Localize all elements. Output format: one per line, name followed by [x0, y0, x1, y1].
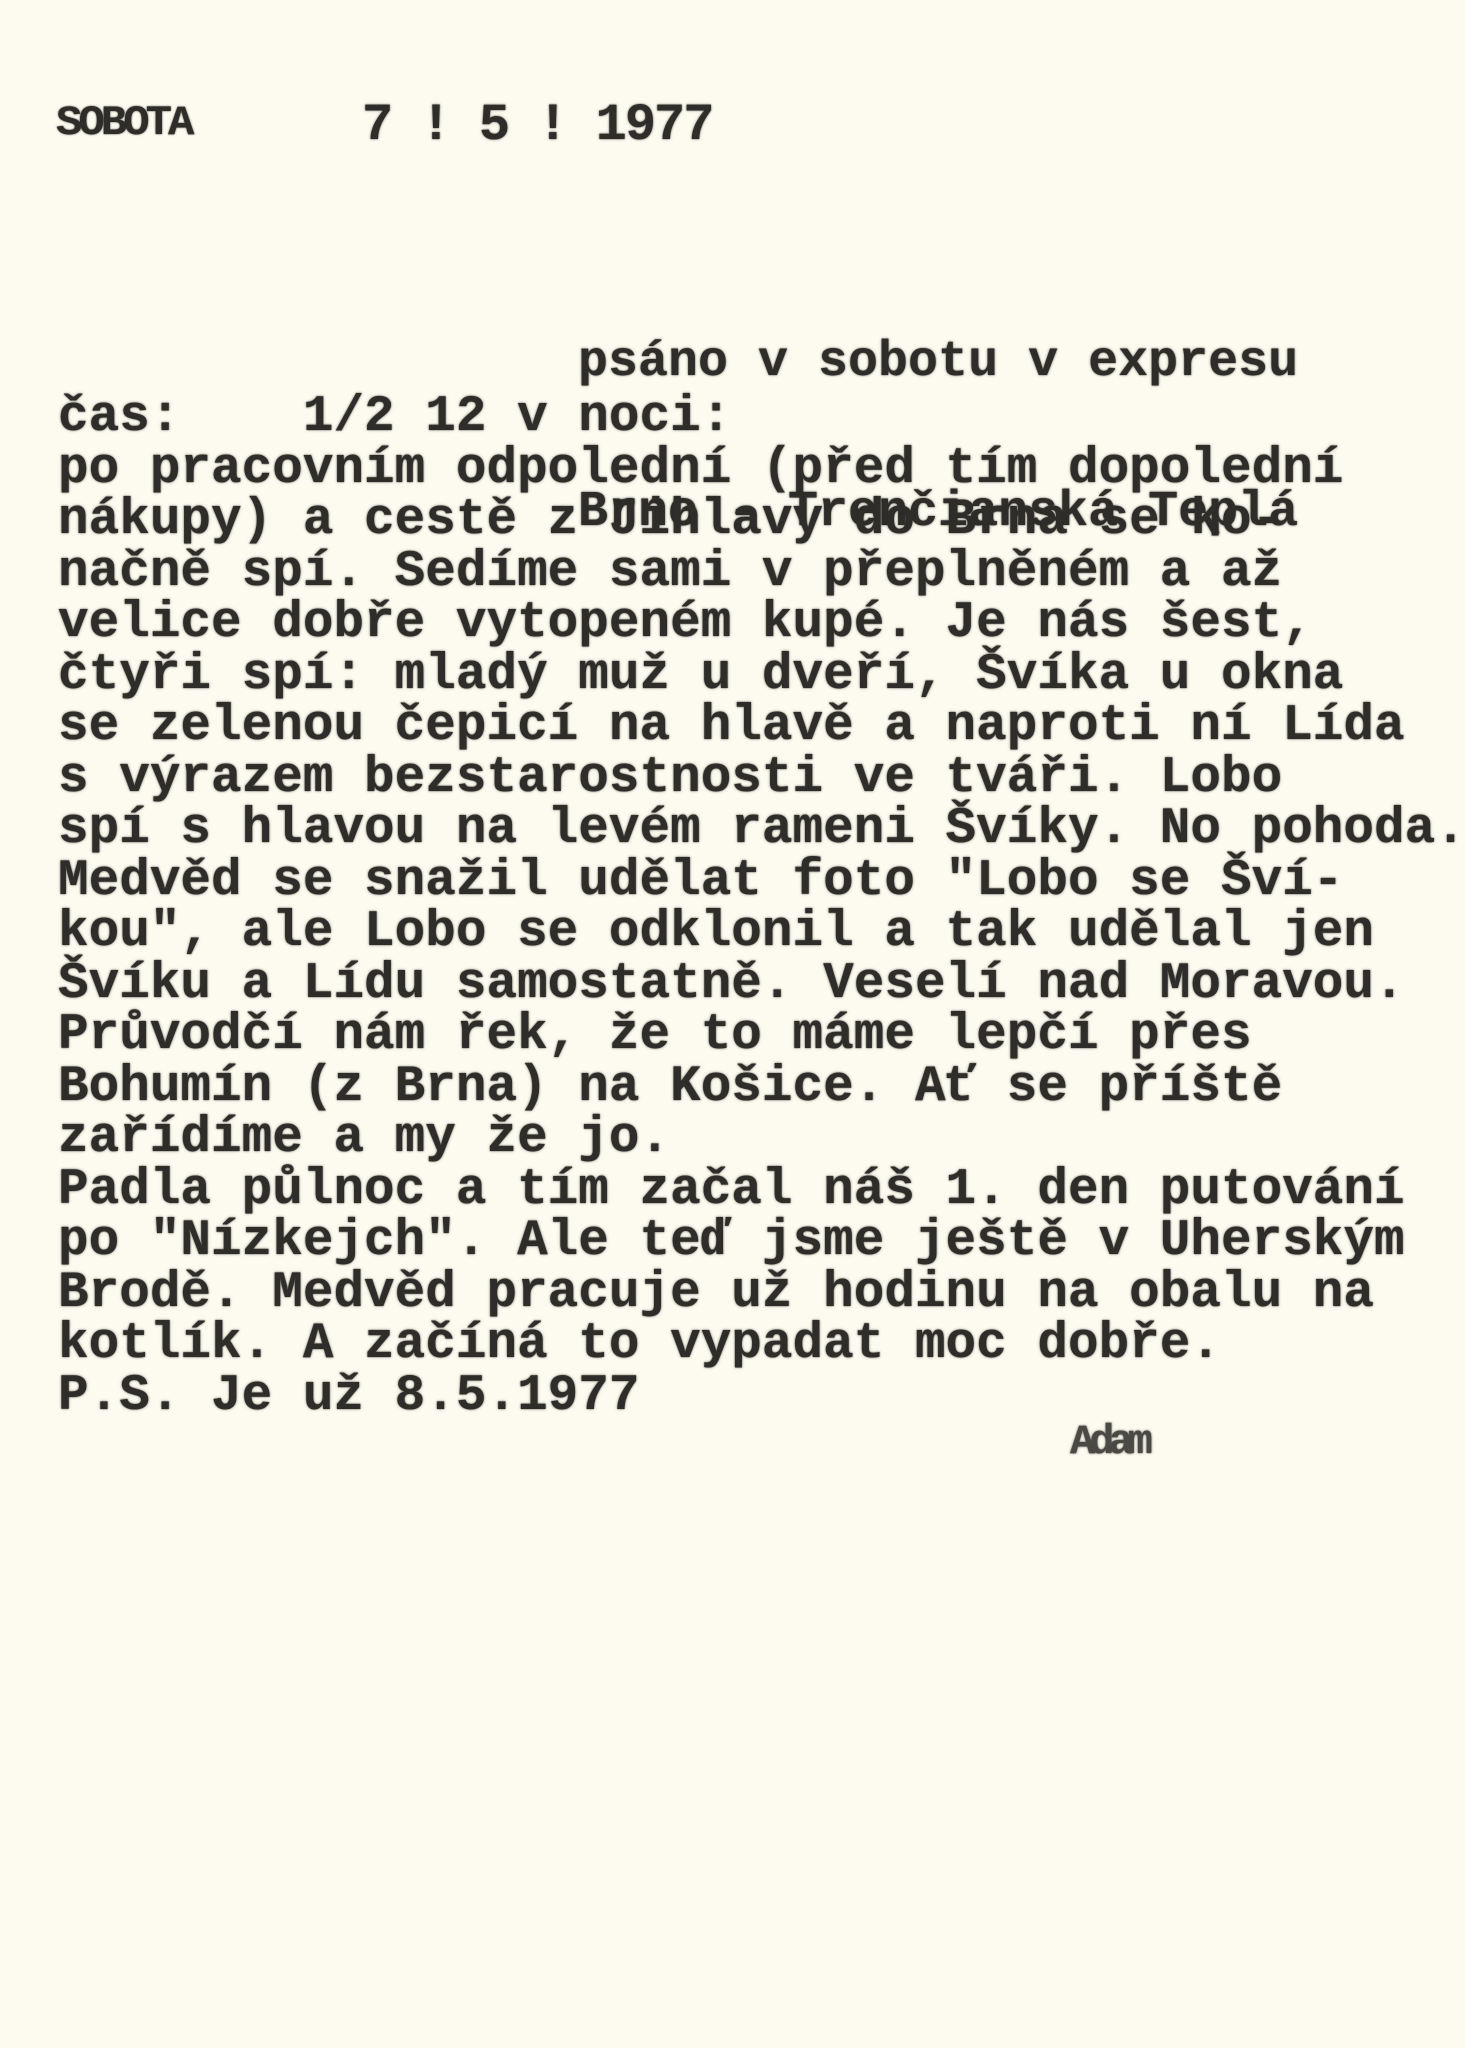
body-line: načně spí. Sedíme sami v přeplněném a až — [58, 547, 1465, 599]
body-line: Padla půlnoc a tím začal náš 1. den puto… — [58, 1165, 1465, 1217]
body-line: čtyři spí: mladý muž u dveří, Švíka u ok… — [58, 650, 1465, 702]
body-line: kotlík. A začíná to vypadat moc dobře. — [58, 1319, 1465, 1371]
body-line: Průvodčí nám řek, že to máme lepčí přes — [58, 1010, 1465, 1062]
body-line: s výrazem bezstarostnosti ve tváři. Lobo — [58, 753, 1465, 805]
body-line: nákupy) a cestě z Jihlavy do Brna se ko- — [58, 495, 1465, 547]
body-line: čas: 1/2 12 v noci: — [58, 392, 1465, 444]
date-heading: 7 ! 5 ! 1977 — [362, 96, 712, 155]
body-line: Medvěd se snažil udělat foto "Lobo se Šv… — [58, 856, 1465, 908]
body-line: Bohumín (z Brna) na Košice. Ať se příště — [58, 1062, 1465, 1114]
body-line: Švíku a Lídu samostatně. Veselí nad Mora… — [58, 959, 1465, 1011]
place-note-line: psáno v sobotu v expresu — [578, 338, 1298, 388]
body-line: Brodě. Medvěd pracuje už hodinu na obalu… — [58, 1268, 1465, 1320]
diary-body: čas: 1/2 12 v noci:po pracovním odpoledn… — [58, 392, 1465, 1422]
body-line: spí s hlavou na levém rameni Švíky. No p… — [58, 804, 1465, 856]
body-line: zařídíme a my že jo. — [58, 1113, 1465, 1165]
signature: Adam — [1070, 1418, 1147, 1466]
day-heading: SOBOTA — [56, 100, 190, 148]
body-line: P.S. Je už 8.5.1977 — [58, 1371, 1465, 1423]
body-line: po pracovním odpolední (před tím dopoled… — [58, 444, 1465, 496]
body-line: se zelenou čepicí na hlavě a naproti ní … — [58, 701, 1465, 753]
body-line: kou", ale Lobo se odklonil a tak udělal … — [58, 907, 1465, 959]
body-line: po "Nízkejch". Ale teď jsme ještě v Uher… — [58, 1216, 1465, 1268]
body-line: velice dobře vytopeném kupé. Je nás šest… — [58, 598, 1465, 650]
